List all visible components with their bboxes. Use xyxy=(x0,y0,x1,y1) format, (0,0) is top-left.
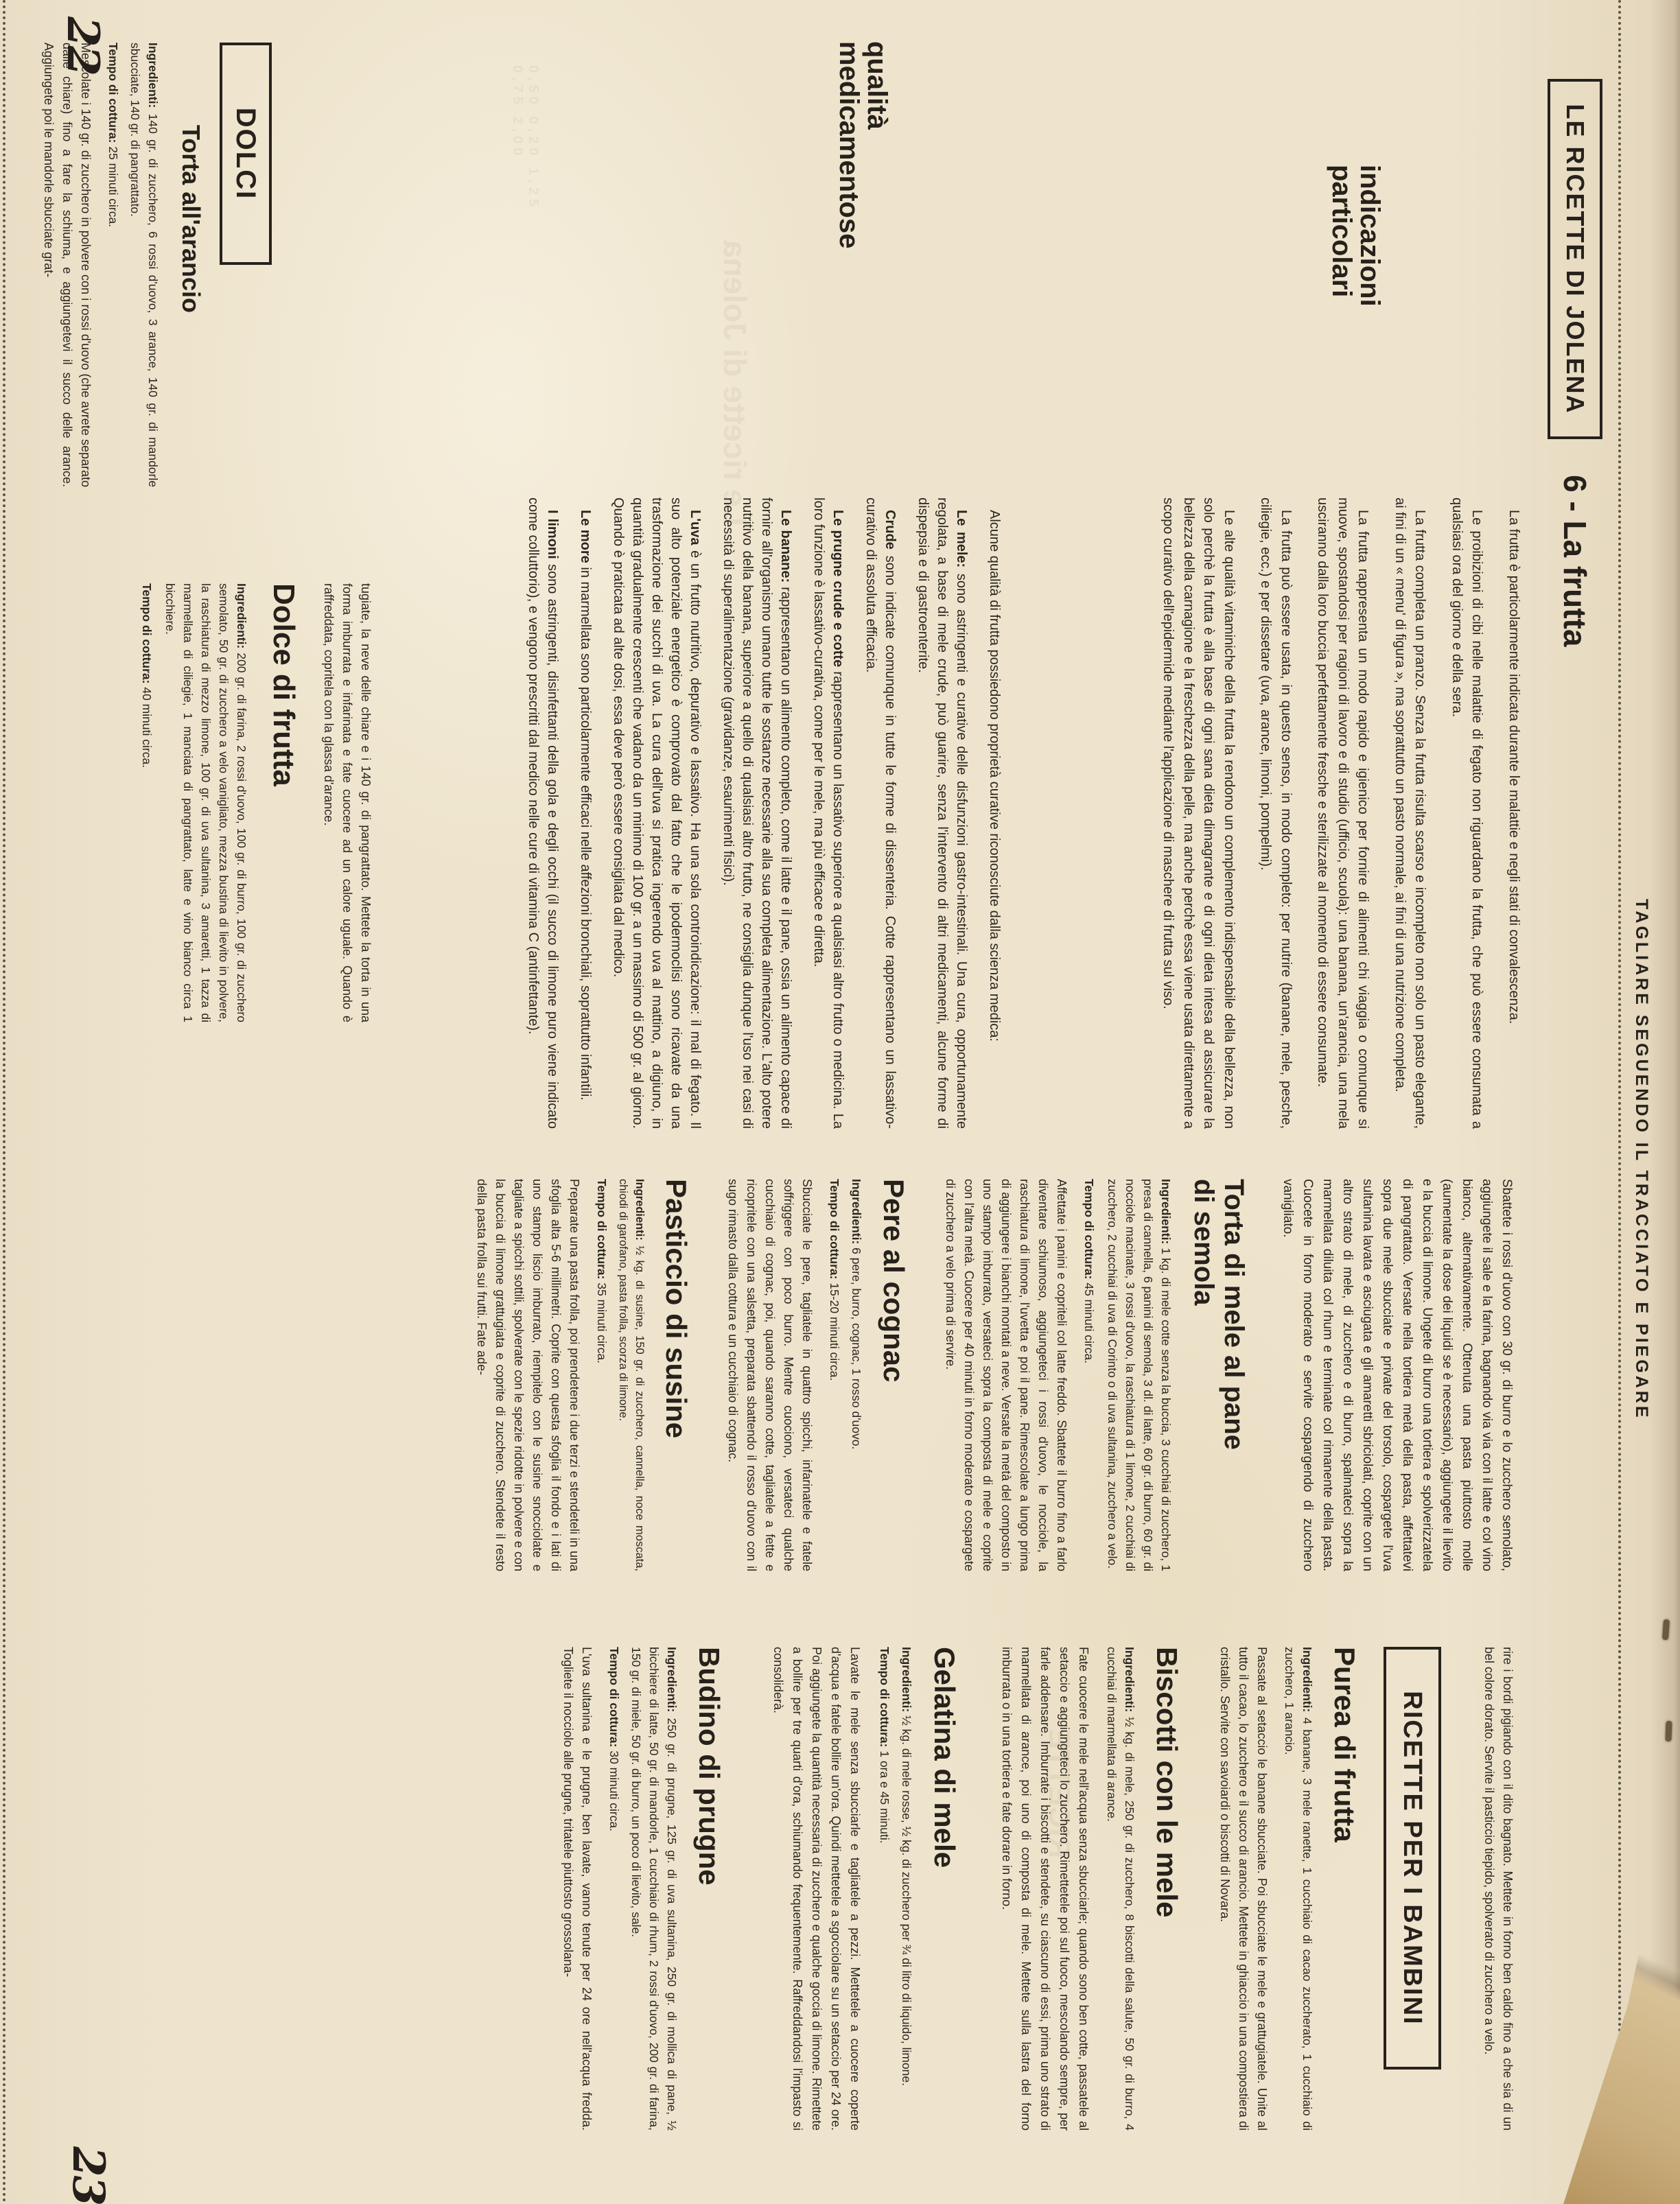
paragraph-text: rappresentano un alimento completo, come… xyxy=(721,497,793,1129)
paragraph-lead: Crude xyxy=(883,510,898,550)
intro-paragraph: Le proibizioni di cibi nelle malattie di… xyxy=(1447,497,1487,1129)
paragraph-text: in marmellata sono particolarmente effic… xyxy=(578,567,593,1100)
ghost-showthrough-numbers: 0,50 0,20 1,25 0,75 2,00 xyxy=(509,65,541,244)
cooking-time-pere-cognac: Tempo di cottura: 15-20 minuti circa. xyxy=(826,1179,843,1571)
ingredients-dolce-frutta: Ingredienti: 200 gr. di farina, 2 rossi … xyxy=(161,583,250,1022)
page23-column-1: Sbattete i rossi d'uovo con 30 gr. di bu… xyxy=(472,1179,1517,1571)
ingredients-text: 4 banane, 3 mele ranette, 1 cucchiaio di… xyxy=(1283,1647,1314,2131)
cooking-time-text: 35 minuti circa. xyxy=(595,1282,609,1363)
series-title-box: LE RICETTE DI JOLENA xyxy=(1548,79,1602,439)
intro-section: La frutta è particolarmente indicata dur… xyxy=(1158,497,1524,1129)
ingredients-text: 6 pere, burro, cognac, 1 rosso d'uovo. xyxy=(850,1247,863,1449)
ingredients-text: 140 gr. di zucchero, 6 rossi d'uovo, 3 a… xyxy=(128,43,160,487)
intro-paragraph: Le alte qualità vitaminiche della frutta… xyxy=(1158,497,1239,1129)
paragraph-text: Le proibizioni di cibi nelle malattie di… xyxy=(1449,497,1485,1129)
intro-paragraph: La frutta è particolarmente indicata dur… xyxy=(1504,497,1524,1129)
paragraph-text: sono astringenti, disinfettanti della go… xyxy=(526,497,560,1129)
ingredients-label: Ingredienti: xyxy=(1159,1179,1173,1244)
cooking-time-label: Tempo di cottura: xyxy=(595,1179,609,1279)
ingredients-label: Ingredienti: xyxy=(1123,1647,1136,1712)
medicinal-paragraph: Alcune qualità di frutta possiedono prop… xyxy=(985,497,1004,1129)
method-continuation-pasticcio: rire i bordi pigiando con il dito bagnat… xyxy=(1480,1647,1517,2131)
bambini-box-label: RICETTE PER I BAMBINI xyxy=(1398,1691,1427,2025)
ingredients-pere-cognac: Ingredienti: 6 pere, burro, cognac, 1 ro… xyxy=(848,1179,865,1571)
medicinal-paragraph: Le mele: sono astringenti e curative del… xyxy=(913,497,971,1129)
method-continuation-torta-arancio: tugiate, la neve delle chiare e i 140 gr… xyxy=(319,583,375,1022)
intro-paragraph: La frutta può essere usata, in questo se… xyxy=(1255,497,1296,1129)
paragraph-text: La frutta è particolarmente indicata dur… xyxy=(1506,510,1521,1024)
recipe-title-biscotti: Biscotti con le mele xyxy=(1151,1647,1182,2131)
paragraph-text: La frutta può essere usata, in questo se… xyxy=(1259,497,1294,1129)
method-budino: L'uva sultanina e le prugne, ben lavate,… xyxy=(559,1647,596,2131)
paragraph-lead: I limoni xyxy=(545,510,560,559)
section-heading-line: qualità xyxy=(863,41,891,248)
staple-icon xyxy=(1665,1721,1672,1742)
intro-paragraph: La frutta completa un pranzo. Senza la f… xyxy=(1390,497,1430,1129)
ingredients-text: ½ kg. di mele, 250 gr. di zucchero, 8 bi… xyxy=(1105,1647,1136,2131)
method-gelatina: Lavate le mele senza sbucciarle e taglia… xyxy=(769,1647,865,2131)
ingredients-text: 250 gr. di prugne, 125 gr. di uva sultan… xyxy=(629,1647,679,2131)
section-heading-indicazioni: indicazioni particolari xyxy=(1327,165,1384,307)
cooking-time-label: Tempo di cottura: xyxy=(828,1179,841,1279)
recipe-title-pere-cognac: Pere al cognac xyxy=(878,1179,909,1571)
recipe-title-gelatina: Gelatina di mele xyxy=(928,1647,959,2131)
recipe-title-torta-arancio: Torta all'arancio xyxy=(177,125,205,487)
paragraph-text: sono astringenti e curative delle disfun… xyxy=(915,497,969,1129)
cooking-time-torta-semola: Tempo di cottura: 45 minuti circa. xyxy=(1080,1179,1098,1571)
recipe-title-torta-semola: Torta di mele al pane di semola xyxy=(1189,1179,1249,1571)
paragraph-lead: Le more xyxy=(578,510,593,563)
cooking-time-pasticcio-susine: Tempo di cottura: 35 minuti circa. xyxy=(593,1179,611,1571)
recipe-title-line: Torta di mele al pane xyxy=(1219,1179,1249,1571)
ingredients-label: Ingredienti: xyxy=(850,1179,863,1244)
ingredients-gelatina: Ingredienti: ½ kg. di mele rosse, ½ kg. … xyxy=(898,1647,915,2131)
page-spread: TAGLIARE SEGUENDO IL TRACCIATO E PIEGARE… xyxy=(0,0,1680,2204)
section-heading-line: medicamentose xyxy=(835,41,863,248)
recipe-title-pasticcio-susine: Pasticcio di susine xyxy=(660,1179,692,1571)
ingredients-label: Ingredienti: xyxy=(146,43,160,108)
ingredients-label: Ingredienti: xyxy=(235,583,248,648)
page-number-23: 23 xyxy=(62,2146,114,2204)
ingredients-torta-semola: Ingredienti: 1 kg. di mele cotte senza l… xyxy=(1104,1179,1175,1571)
ingredients-text: 200 gr. di farina, 2 rossi d'uovo, 100 g… xyxy=(163,583,248,1022)
method-torta-semola: Affettate i panini e copriteli col latte… xyxy=(941,1179,1071,1571)
page-number-22: 22 xyxy=(57,16,108,75)
dolci-box: DOLCI xyxy=(220,43,272,265)
medicinal-paragraph: I limoni sono astringenti, disinfettanti… xyxy=(524,497,562,1129)
paragraph-text: è un frutto nutritivo, depurativo e lass… xyxy=(611,497,703,1129)
cut-line-bottom xyxy=(3,0,5,2204)
paragraph-text: La frutta completa un pranzo. Senza la f… xyxy=(1392,497,1428,1129)
cooking-time-gelatina: Tempo di cottura: 1 ora e 45 minuti. xyxy=(876,1647,894,2131)
method-biscotti: Fate cuocere le mele nell'acqua senza sb… xyxy=(997,1647,1093,2131)
ingredients-budino: Ingredienti: 250 gr. di prugne, 125 gr. … xyxy=(627,1647,681,2131)
torta-arancio-recipe: Torta all'arancio Ingredienti: 140 gr. d… xyxy=(39,43,205,487)
cooking-time-torta-arancio: Tempo di cottura: 25 minuti circa. xyxy=(104,43,122,487)
method-purea: Passate al setaccio le banane sbucciate.… xyxy=(1215,1647,1271,2131)
cooking-time-budino: Tempo di cottura: 30 minuti circa. xyxy=(605,1647,623,2131)
bambini-box: RICETTE PER I BAMBINI xyxy=(1384,1647,1441,2070)
cooking-time-text: 25 minuti circa. xyxy=(106,146,120,227)
dolce-frutta-column: tugiate, la neve delle chiare e i 140 gr… xyxy=(138,583,375,1022)
intro-paragraph: La frutta rappresenta un modo rapido e i… xyxy=(1312,497,1373,1129)
paragraph-lead: L'uva xyxy=(688,510,703,545)
medicinal-section: Alcune qualità di frutta possiedono prop… xyxy=(524,497,1004,1129)
cooking-time-text: 30 minuti circa. xyxy=(607,1750,621,1831)
cooking-time-text: 1 ora e 45 minuti. xyxy=(878,1750,891,1843)
ingredients-pasticcio-susine: Ingredienti: ½ kg. di susine, 150 gr. di… xyxy=(615,1179,648,1571)
cooking-time-text: 40 minuti circa. xyxy=(140,687,154,768)
section-heading-line: particolari xyxy=(1327,165,1355,307)
chapter-heading: 6 - La frutta xyxy=(1556,475,1594,646)
medicinal-paragraph: L'uva è un frutto nutritivo, depurativo … xyxy=(609,497,705,1129)
ingredients-text: ½ kg. di mele rosse, ½ kg. di zucchero p… xyxy=(900,1715,913,2086)
medicinal-paragraph: Crude sono indicate comunque in tutte le… xyxy=(861,497,900,1129)
section-heading-line: indicazioni xyxy=(1355,165,1384,307)
dolci-box-label: DOLCI xyxy=(231,108,261,200)
method-continuation-dolce-frutta: Sbattete i rossi d'uovo con 30 gr. di bu… xyxy=(1278,1179,1517,1571)
ingredients-label: Ingredienti: xyxy=(900,1647,913,1712)
section-heading-qualita: qualità medicamentose xyxy=(835,41,891,248)
recipe-title-line: di semola xyxy=(1189,1179,1219,1571)
method-torta-arancio: Mescolate i 140 gr. di zucchero in polve… xyxy=(39,43,95,487)
medicinal-paragraph: Le banane: rappresentano un alimento com… xyxy=(719,497,795,1129)
cut-line-top xyxy=(1618,0,1621,2204)
ingredients-purea: Ingredienti: 4 banane, 3 mele ranette, 1… xyxy=(1281,1647,1316,2131)
cooking-time-label: Tempo di cottura: xyxy=(878,1647,891,1747)
recipe-title-purea: Purea di frutta xyxy=(1329,1647,1360,2131)
cooking-time-dolce-frutta: Tempo di cottura: 40 minuti circa. xyxy=(138,583,156,1022)
paragraph-lead: Le banane: xyxy=(778,510,793,583)
cooking-time-text: 15-20 minuti circa. xyxy=(828,1282,841,1381)
medicinal-paragraph: Le prugne crude e cotte rappresentano un… xyxy=(809,497,848,1129)
method-pasticcio-susine: Preparate una pasta frolla, poi prendete… xyxy=(472,1179,583,1571)
paragraph-text: sono indicate comunque in tutte le forme… xyxy=(863,497,898,1129)
ingredients-biscotti: Ingredienti: ½ kg. di mele, 250 gr. di z… xyxy=(1103,1647,1139,2131)
recipe-title-budino: Budino di prugne xyxy=(693,1647,725,2131)
method-pere-cognac: Sbucciate le pere, tagliatele in quattro… xyxy=(723,1179,816,1571)
paragraph-text: Le alte qualità vitaminiche della frutta… xyxy=(1161,497,1237,1129)
paragraph-text: Alcune qualità di frutta possiedono prop… xyxy=(987,510,1002,1042)
ingredients-label: Ingredienti: xyxy=(1300,1647,1314,1712)
page23-column-2: rire i bordi pigiando con il dito bagnat… xyxy=(559,1647,1517,2131)
recipe-title-dolce-frutta: Dolce di frutta xyxy=(267,583,300,1022)
ingredients-label: Ingredienti: xyxy=(665,1647,679,1712)
cooking-time-label: Tempo di cottura: xyxy=(140,583,154,683)
medicinal-paragraph: Le more in marmellata sono particolarmen… xyxy=(576,497,595,1129)
cooking-time-label: Tempo di cottura: xyxy=(1082,1179,1096,1279)
series-title: LE RICETTE DI JOLENA xyxy=(1561,104,1589,414)
cooking-time-label: Tempo di cottura: xyxy=(607,1647,621,1747)
cooking-time-label: Tempo di cottura: xyxy=(106,43,120,143)
ingredients-label: Ingredienti: xyxy=(633,1179,646,1241)
paragraph-lead: Le mele: xyxy=(954,510,969,567)
cooking-time-text: 45 minuti circa. xyxy=(1082,1282,1096,1363)
ghost-showthrough-title: Le ricette di Jolena xyxy=(716,240,754,526)
paragraph-lead: Le prugne crude e cotte xyxy=(830,510,845,667)
ingredients-torta-arancio: Ingredienti: 140 gr. di zucchero, 6 ross… xyxy=(126,43,162,487)
paragraph-text: La frutta rappresenta un modo rapido e i… xyxy=(1316,497,1371,1129)
